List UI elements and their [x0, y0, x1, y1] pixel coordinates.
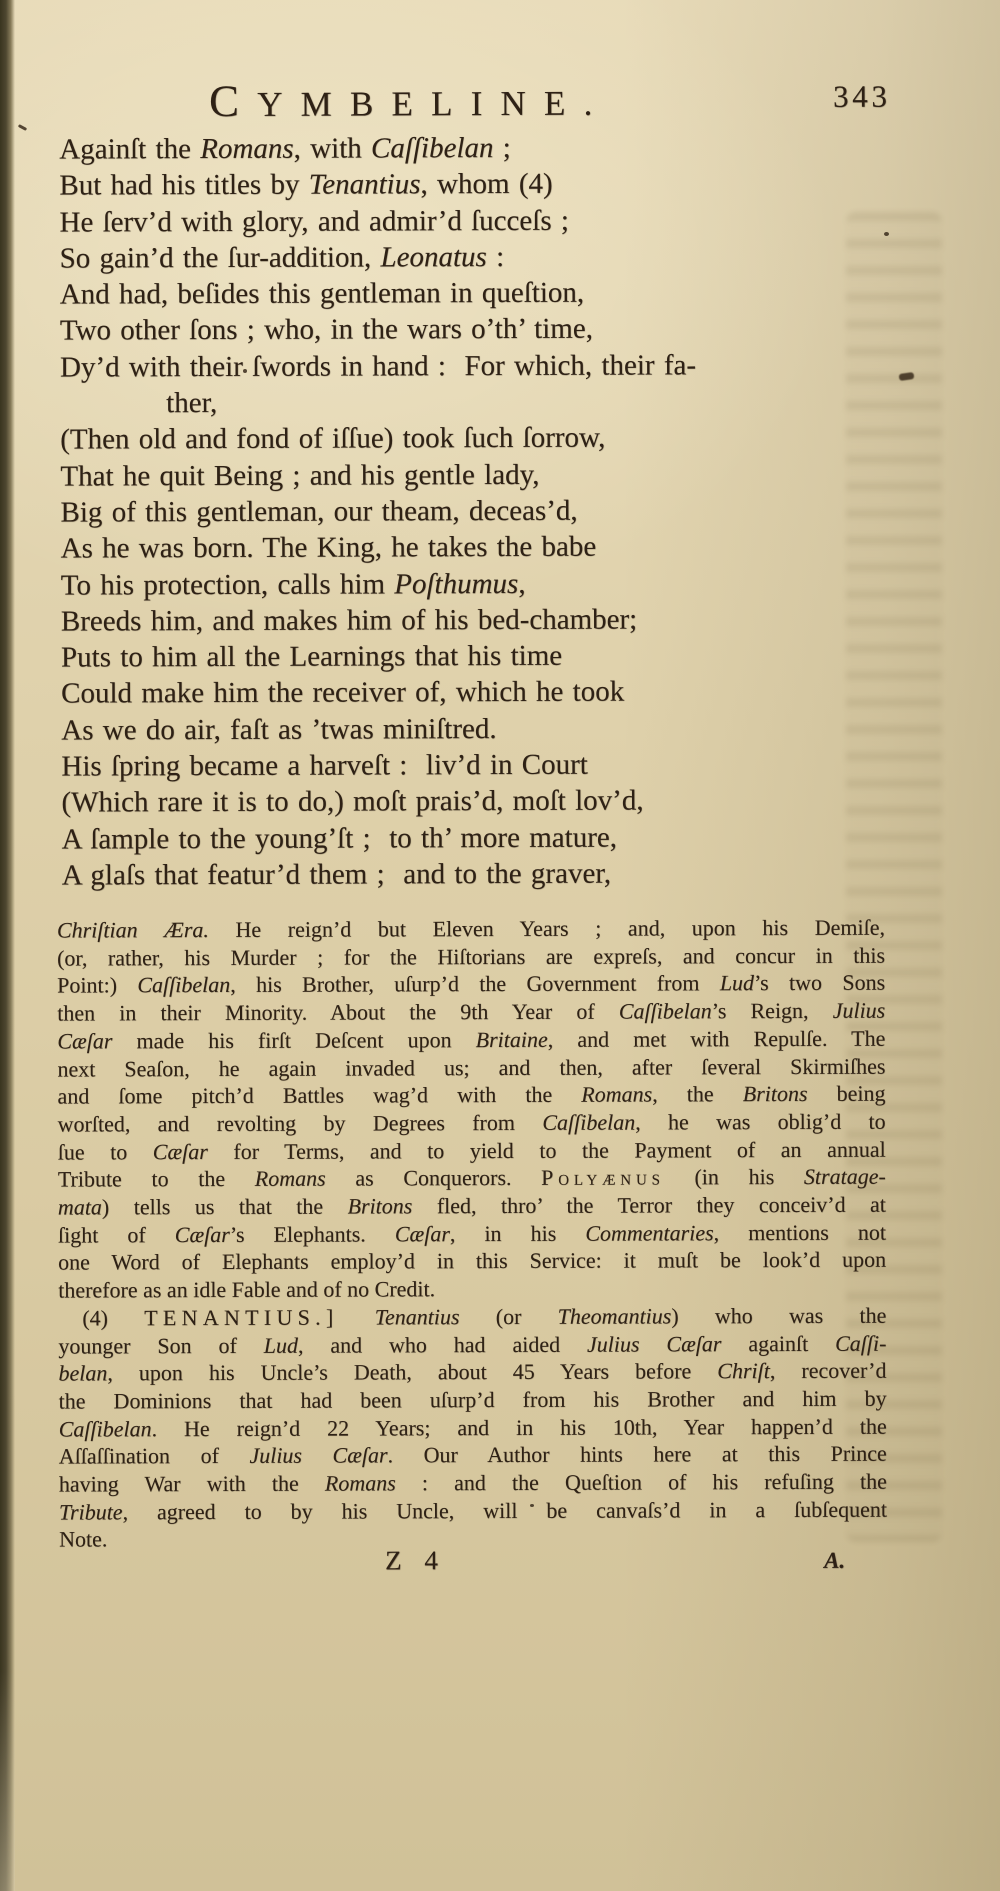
- running-title: CYMBELINE.: [209, 74, 611, 127]
- text-run: Puts to him all the Learnings that his t…: [61, 640, 562, 674]
- text-run: Julius Cæſar: [249, 1443, 387, 1468]
- book-page-scan: CYMBELINE. 343 Againſt the Romans, with …: [0, 0, 1000, 1891]
- text-run: But had his titles by: [59, 169, 309, 202]
- text-run: Theomantius: [558, 1303, 672, 1328]
- text-run: Commentaries: [585, 1220, 713, 1245]
- text-run: As we do air, faſt as ’twas miniſtred.: [61, 713, 496, 747]
- text-line: (4) TENANTIUS.] Tenantius (or Theomantiu…: [58, 1301, 886, 1332]
- text-line: therefore as an idle Fable and of no Cre…: [58, 1274, 886, 1305]
- text-run: , mentions not: [714, 1219, 886, 1245]
- text-run: Julius Cæſar: [587, 1331, 722, 1356]
- text-run: Stratage-: [804, 1164, 886, 1189]
- text-run: Againſt the: [59, 133, 200, 165]
- text-line: His ſpring became a harveſt : liv’d in C…: [61, 746, 941, 785]
- text-run: Caſſibelan: [619, 998, 712, 1023]
- text-run: Caſſibelan: [137, 972, 230, 997]
- text-line: the Dominions that had been uſurp’d from…: [59, 1385, 887, 1416]
- text-run: ſue to: [58, 1139, 153, 1164]
- text-run: (in his: [665, 1164, 804, 1189]
- text-line: A glaſs that featur’d them ; and to the …: [62, 854, 942, 893]
- text-run: Tribute: [59, 1499, 123, 1524]
- text-line: one Word of Elephants employ’d in this S…: [58, 1246, 886, 1277]
- text-run: Tenantius: [375, 1304, 460, 1329]
- text-run: , he was oblig’d to: [635, 1109, 886, 1135]
- text-line: Tribute to the Romans as Conquerors. Pol…: [58, 1163, 886, 1194]
- text-line: then in their Minority. About the 9th Ye…: [57, 997, 885, 1028]
- text-line: Dy’d with their ſwords in hand : For whi…: [60, 346, 940, 385]
- footnotes-block: Chriſtian Æra. He reign’d but Eleven Yea…: [57, 914, 887, 1554]
- text-run: for Terms, and to yield to the Payment o…: [208, 1136, 886, 1163]
- text-run: , and met with Repulſe. The: [548, 1025, 886, 1051]
- text-line: But had his titles by Tenantius, whom (4…: [59, 165, 939, 204]
- text-run: And had, beſides this gentleman in queſt…: [60, 277, 585, 311]
- text-run: fled, thro’ the Terror they conceiv’d at: [412, 1192, 886, 1219]
- text-run: , recover’d: [770, 1358, 887, 1383]
- text-run: (Then old and fond of iſſue) took ſuch ſ…: [60, 422, 605, 456]
- text-line: He ſerv’d with glory, and admir’d ſucceſ…: [59, 201, 939, 240]
- text-run: Cæſar: [153, 1139, 208, 1164]
- text-run: Cæſar: [395, 1221, 450, 1246]
- text-run: Tribute to the: [58, 1166, 255, 1192]
- text-run: He ſerv’d with glory, and admir’d ſucceſ…: [59, 204, 569, 238]
- text-run: having War with the: [59, 1471, 325, 1497]
- text-line: younger Son of Lud, and who had aided Ju…: [58, 1329, 886, 1360]
- text-line: So gain’d the ſur-addition, Leonatus :: [60, 237, 940, 276]
- text-line: Tribute, agreed to by his Uncle, will be…: [59, 1495, 887, 1526]
- text-run: Big of this gentleman, our theam, deceas…: [60, 495, 577, 529]
- text-line: (Which rare it is to do,) moſt prais’d, …: [61, 782, 941, 821]
- text-run: , in his: [450, 1220, 586, 1245]
- verse-text-block: Againſt the Romans, with Caſſibelan ;But…: [59, 128, 942, 893]
- text-run: ’s two Sons: [754, 970, 885, 995]
- text-run: one Word of Elephants employ’d in this S…: [58, 1247, 886, 1275]
- text-line: (Then old and fond of iſſue) took ſuch ſ…: [60, 419, 940, 458]
- text-run: Britons: [348, 1193, 413, 1218]
- text-run: Could make him the receiver of, which he…: [61, 676, 624, 710]
- text-run: His ſpring became a harveſt : liv’d in C…: [61, 749, 588, 783]
- page-content: CYMBELINE. 343 Againſt the Romans, with …: [0, 0, 1000, 1891]
- text-run: Lud: [264, 1332, 298, 1357]
- text-run: : and the Queſtion of his refuſing the: [396, 1469, 887, 1496]
- text-run: Romans: [200, 133, 294, 165]
- text-run: worſted, and revolting by Degrees from: [58, 1110, 543, 1137]
- text-run: ’s Reign,: [712, 998, 833, 1023]
- text-run: Tenantius: [309, 169, 421, 201]
- text-line: Big of this gentleman, our theam, deceas…: [60, 491, 940, 530]
- text-line: having War with the Romans : and the Que…: [59, 1468, 887, 1499]
- text-line: Chriſtian Æra. He reign’d but Eleven Yea…: [57, 914, 885, 945]
- text-run: (4): [82, 1305, 144, 1330]
- text-run: ;: [493, 132, 510, 164]
- text-run: Dy’d with their ſwords in hand : For whi…: [60, 349, 696, 383]
- text-run: . Our Author hints here at this Prince: [388, 1441, 887, 1468]
- ink-speck: [884, 232, 889, 236]
- text-run: [338, 1304, 374, 1329]
- text-line: Aſſaſſination of Julius Cæſar. Our Autho…: [59, 1440, 887, 1471]
- text-line: ther,: [60, 383, 940, 422]
- text-run: Romans: [325, 1470, 396, 1495]
- text-run: next Seaſon, he again invaded us; and th…: [57, 1053, 885, 1081]
- text-line: Puts to him all the Learnings that his t…: [61, 637, 941, 676]
- text-run: As he was born. The King, he takes the b…: [61, 531, 597, 565]
- text-line: mata) tells us that the Britons fled, th…: [58, 1191, 886, 1222]
- text-line: next Seaſon, he again invaded us; and th…: [57, 1052, 885, 1083]
- ink-speck: [530, 1504, 534, 1507]
- text-line: (or, rather, his Murder ; for the Hiſtor…: [57, 941, 885, 972]
- text-run: made his firſt Deſcent upon: [112, 1027, 475, 1053]
- text-run: . He reign’d 22 Years; and in his 10th, …: [152, 1413, 887, 1441]
- text-run: being: [807, 1081, 885, 1106]
- page-header: CYMBELINE. 343: [0, 72, 997, 129]
- text-run: TENANTIUS.]: [144, 1304, 338, 1330]
- page-number: 343: [833, 79, 891, 115]
- ink-speck: [243, 369, 247, 373]
- text-run: ther,: [166, 387, 217, 419]
- text-line: Breeds him, and makes him of his bed-cha…: [61, 600, 941, 639]
- text-run: the Dominions that had been uſurp’d from…: [59, 1386, 887, 1414]
- text-line: A ſample to the young’ſt ; to th’ more m…: [62, 818, 942, 857]
- text-run: Chriſt: [717, 1358, 770, 1383]
- text-run: Poſthumus: [394, 567, 518, 599]
- text-run: , with: [294, 132, 371, 164]
- text-run: ,: [518, 567, 525, 599]
- text-run: and ſome pitch’d Battles wag’d with the: [57, 1082, 581, 1109]
- text-run: younger Son of: [58, 1332, 263, 1358]
- text-run: A glaſs that featur’d them ; and to the …: [62, 858, 611, 892]
- text-run: Cæſar: [57, 1028, 112, 1053]
- text-run: That he quit Being ; and his gentle lady…: [60, 459, 539, 493]
- text-run: ) who was the: [671, 1302, 886, 1328]
- text-run: Chriſtian Æra.: [57, 917, 209, 943]
- signature-mark: Z 4: [385, 1545, 446, 1576]
- text-run: , whom (4): [420, 168, 552, 200]
- text-run: , upon his Uncle’s Death, about 45 Years…: [107, 1358, 717, 1385]
- text-run: Caſſibelan: [59, 1416, 152, 1441]
- text-run: as Conquerors.: [326, 1165, 542, 1191]
- text-line: Cæſar made his firſt Deſcent upon Britai…: [57, 1024, 885, 1055]
- text-run: Cæſar: [175, 1222, 230, 1247]
- text-run: :: [487, 241, 504, 273]
- text-line: Againſt the Romans, with Caſſibelan ;: [59, 128, 939, 167]
- text-run: Aſſaſſination of: [59, 1443, 250, 1469]
- text-run: mata: [58, 1194, 102, 1219]
- page-footer: Z 4 A.: [59, 1544, 887, 1578]
- text-run: then in their Minority. About the 9th Ye…: [57, 999, 619, 1026]
- text-run: Caſſibelan: [542, 1109, 635, 1134]
- text-run: (or, rather, his Murder ; for the Hiſtor…: [57, 942, 885, 970]
- text-line: As we do air, faſt as ’twas miniſtred.: [61, 709, 941, 748]
- text-run: So gain’d the ſur-addition,: [60, 241, 381, 274]
- text-run: To his protection, calls him: [61, 568, 395, 601]
- text-run: Leonatus: [380, 241, 486, 273]
- text-line: worſted, and revolting by Degrees from C…: [58, 1108, 886, 1139]
- text-run: belan: [58, 1361, 107, 1386]
- text-run: , and who had aided: [298, 1331, 587, 1357]
- text-run: Romans: [255, 1166, 326, 1191]
- text-run: Britaine: [476, 1027, 548, 1052]
- text-run: , his Brother, uſurp’d the Government fr…: [230, 971, 720, 998]
- text-line: belan, upon his Uncle’s Death, about 45 …: [58, 1357, 886, 1388]
- text-line: Caſſibelan. He reign’d 22 Years; and in …: [59, 1412, 887, 1443]
- text-line: Two other ſons ; who, in the wars o’th’ …: [60, 310, 940, 349]
- text-run: He reign’d but Eleven Years ; and, upon …: [209, 915, 885, 942]
- text-run: , the: [652, 1081, 743, 1106]
- text-run: Caſſi-: [835, 1330, 886, 1355]
- text-line: To his protection, calls him Poſthumus,: [61, 564, 941, 603]
- text-run: ’s Elephants.: [230, 1221, 395, 1247]
- text-run: therefore as an idle Fable and of no Cre…: [58, 1276, 435, 1302]
- text-run: A ſample to the young’ſt ; to th’ more m…: [62, 821, 617, 855]
- text-run: Polyænus: [541, 1165, 665, 1190]
- text-run: Caſſibelan: [371, 132, 494, 164]
- text-run: ) tells us that the: [102, 1194, 348, 1220]
- text-run: Two other ſons ; who, in the wars o’th’ …: [60, 313, 593, 347]
- text-run: Julius: [833, 998, 886, 1023]
- text-run: Britons: [743, 1081, 808, 1106]
- text-run: Point:): [57, 973, 137, 998]
- text-line: ſue to Cæſar for Terms, and to yield to …: [58, 1135, 886, 1166]
- text-run: , agreed to by his Uncle, will be canvaſ…: [123, 1496, 888, 1524]
- text-line: As he was born. The King, he takes the b…: [61, 528, 941, 567]
- text-run: (Which rare it is to do,) moſt prais’d, …: [61, 785, 643, 819]
- text-run: ſight of: [58, 1222, 175, 1247]
- text-run: Breeds him, and makes him of his bed-cha…: [61, 603, 637, 637]
- text-line: And had, beſides this gentleman in queſt…: [60, 274, 940, 313]
- text-run: againſt: [721, 1330, 835, 1355]
- catchword: A.: [824, 1548, 845, 1574]
- text-line: ſight of Cæſar’s Elephants. Cæſar, in hi…: [58, 1218, 886, 1249]
- text-run: Romans: [581, 1082, 652, 1107]
- text-run: Lud: [720, 971, 754, 996]
- text-line: Point:) Caſſibelan, his Brother, uſurp’d…: [57, 969, 885, 1000]
- text-run: (or: [460, 1304, 558, 1329]
- text-line: Could make him the receiver of, which he…: [61, 673, 941, 712]
- text-line: and ſome pitch’d Battles wag’d with the …: [57, 1080, 885, 1111]
- text-line: That he quit Being ; and his gentle lady…: [60, 455, 940, 494]
